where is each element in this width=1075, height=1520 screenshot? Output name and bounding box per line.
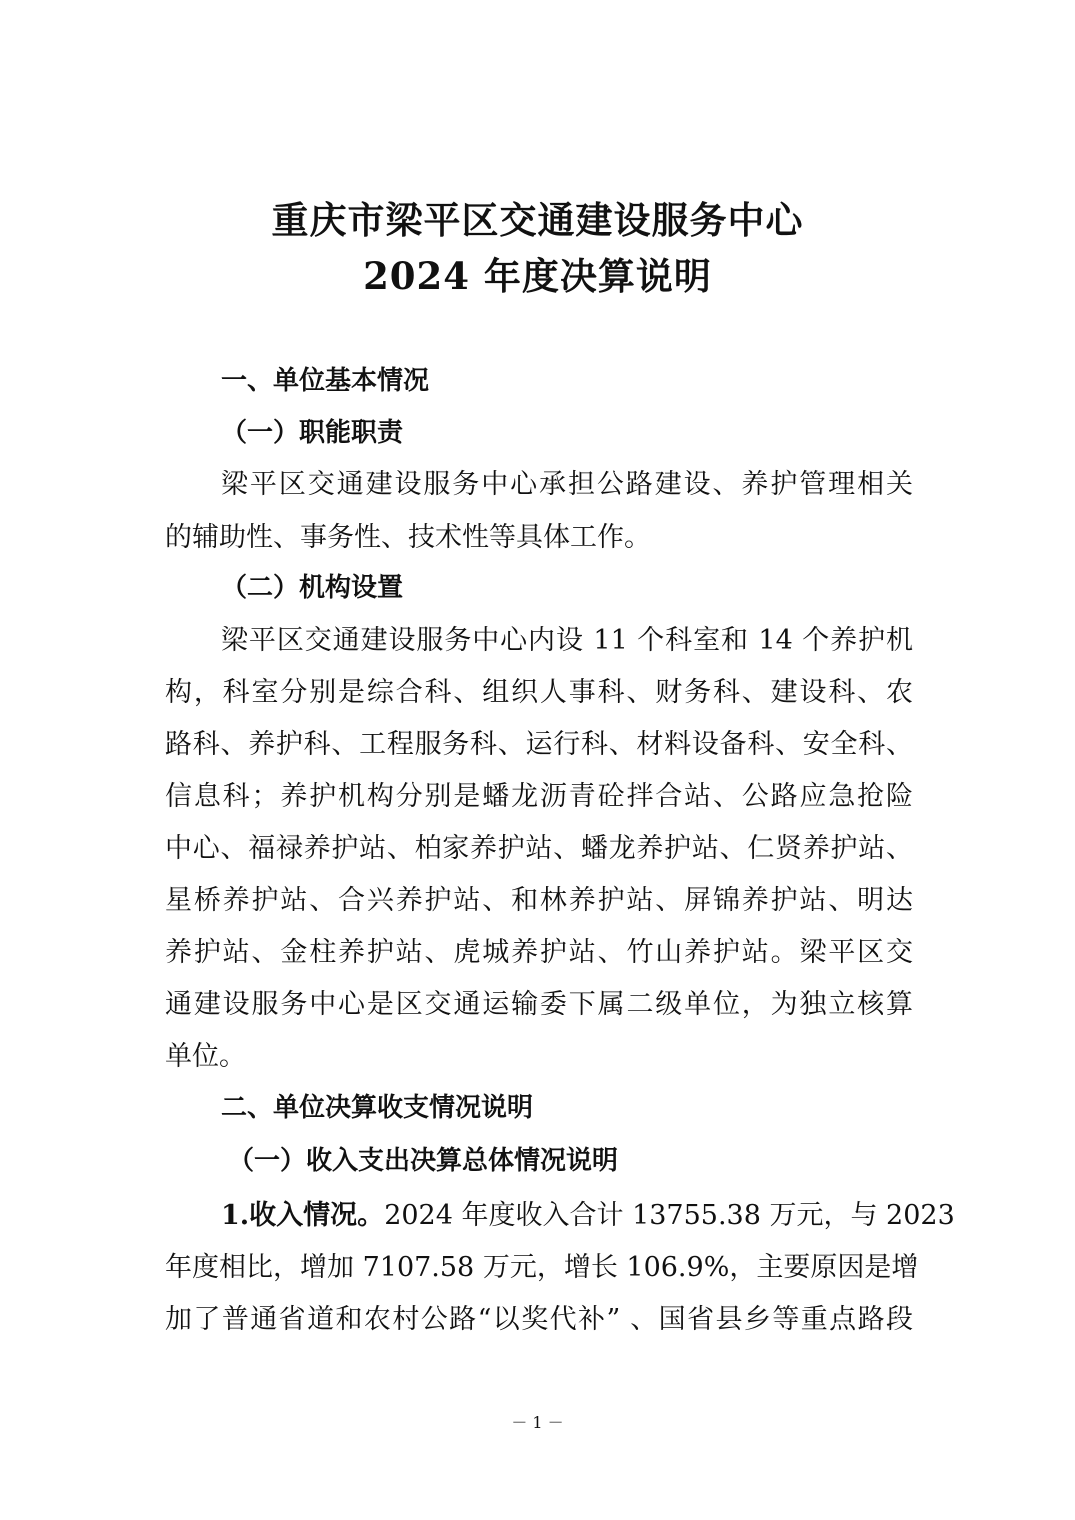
paragraph-first-line: 1.收入情况。 2024 年度收入合计 13755.38 万元，与 2023: [221, 1193, 913, 1232]
subsection-heading-1-1: （一）职能职责: [221, 412, 403, 449]
subsection-heading-1-2: （二）机构设置: [221, 567, 403, 604]
section-heading-1: 一、单位基本情况: [221, 360, 429, 397]
paragraph-line: 梁平区交通建设服务中心承担公路建设、养护管理相关: [221, 462, 913, 501]
document-title-line2: 2024 年度决算说明: [0, 246, 1075, 300]
paragraph-line: 的辅助性、事务性、技术性等具体工作。: [165, 515, 913, 554]
paragraph-line: 2024 年度收入合计 13755.38 万元，与 2023: [384, 1193, 955, 1232]
paragraph-line: 单位。: [165, 1034, 913, 1073]
paragraph-line: 构，科室分别是综合科、组织人事科、财务科、建设科、农: [165, 670, 913, 709]
section-heading-2: 二、单位决算收支情况说明: [221, 1087, 533, 1124]
paragraph-line: 加了普通省道和农村公路“以奖代补” 、国省县乡等重点路段: [165, 1297, 913, 1336]
page-number: － 1 －: [0, 1410, 1075, 1433]
income-lead-label: 1.收入情况。: [221, 1193, 384, 1232]
subsection-heading-2-1: （一）收入支出决算总体情况说明: [228, 1140, 618, 1177]
paragraph-line: 通建设服务中心是区交通运输委下属二级单位，为独立核算: [165, 982, 913, 1021]
paragraph-line: 星桥养护站、合兴养护站、和林养护站、屏锦养护站、明达: [165, 878, 913, 917]
paragraph-line: 养护站、金柱养护站、虎城养护站、竹山养护站。梁平区交: [165, 930, 913, 969]
document-title-line1: 重庆市梁平区交通建设服务中心: [0, 190, 1075, 244]
paragraph-line: 信息科；养护机构分别是蟠龙沥青砼拌合站、公路应急抢险: [165, 774, 913, 813]
paragraph-line: 年度相比，增加 7107.58 万元，增长 106.9%，主要原因是增: [165, 1245, 913, 1284]
paragraph-line: 梁平区交通建设服务中心内设 11 个科室和 14 个养护机: [221, 618, 913, 657]
paragraph-line: 路科、养护科、工程服务科、运行科、材料设备科、安全科、: [165, 722, 913, 761]
paragraph-line: 中心、福禄养护站、柏家养护站、蟠龙养护站、仁贤养护站、: [165, 826, 913, 865]
